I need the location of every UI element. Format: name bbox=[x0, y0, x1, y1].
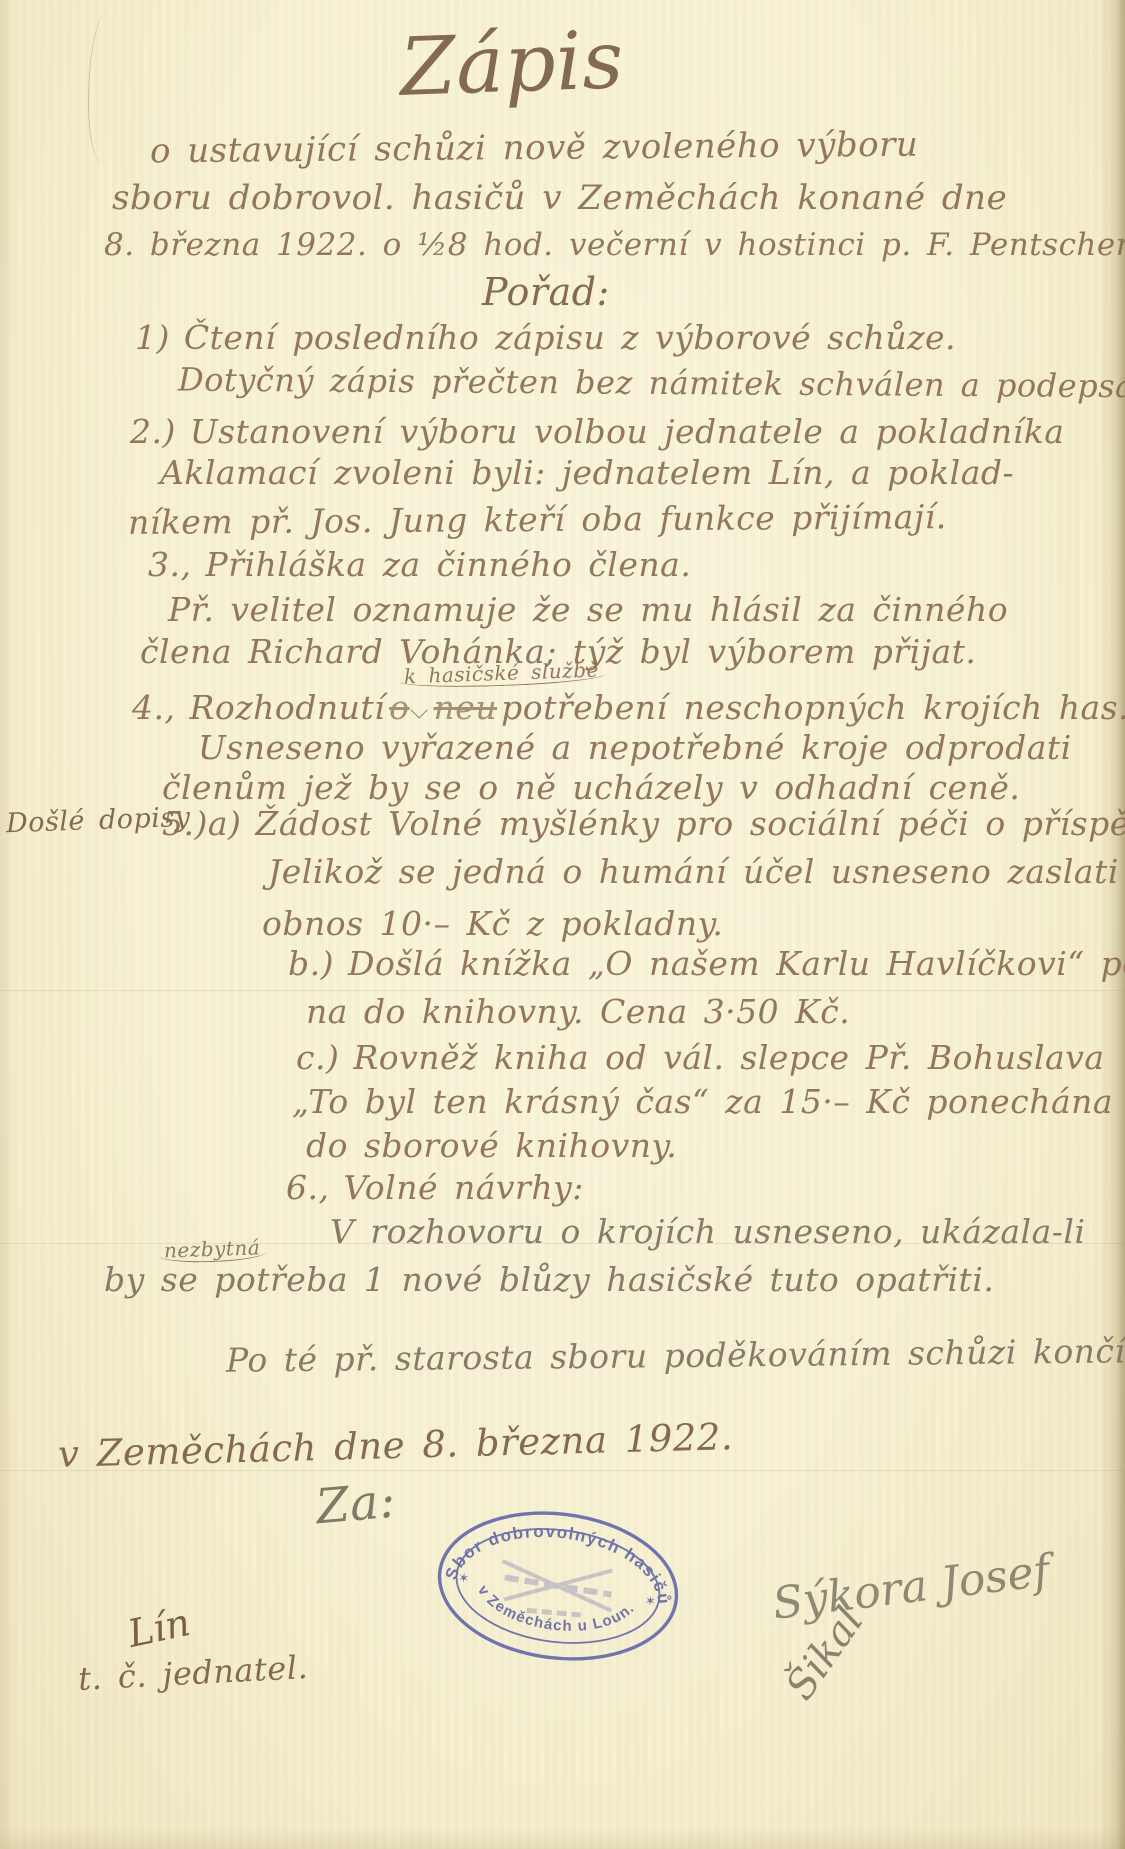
agenda-item-2: 2.)Ustanovení výboru volbou jednatele a … bbox=[130, 414, 1064, 450]
document-title: Zápis bbox=[399, 16, 626, 112]
item-5a-text: Žádost Volné myšlénky pro sociální péči … bbox=[255, 804, 1125, 843]
item-5b-text-2: na do knihovny. Cena 3·50 Kč. bbox=[306, 994, 850, 1030]
agenda-heading: Pořad: bbox=[482, 272, 610, 314]
item-4-resolution-2: členům jež by se o ně ucházely v odhadní… bbox=[162, 770, 1020, 806]
agenda-item-5c: c.)Rovněž kniha od vál. slepce Př. Bohus… bbox=[296, 1040, 1105, 1076]
item-4-insertion: k hasičské službě bbox=[398, 658, 606, 689]
item-2-resolution-2: níkem př. Jos. Jung kteří oba funkce při… bbox=[128, 499, 947, 541]
fire-brigade-stamp: Sbor dobrovolných hasičů v Zeměchách u L… bbox=[426, 1495, 691, 1676]
paper-crease bbox=[88, 14, 125, 164]
subtitle-line-3: 8. března 1922. o ½8 hod. večerní v host… bbox=[104, 228, 1125, 262]
item-5c-text-2: „To byl ten krásný čas“ za 15·– Kč ponec… bbox=[292, 1084, 1113, 1120]
item-6-paragraph-1: V rozhovoru o krojích usneseno, ukázala-… bbox=[330, 1214, 1086, 1250]
item-5b-text-1: Došlá knížka „O našem Karlu Havlíčkovi“ … bbox=[348, 944, 1125, 983]
agenda-item-1: 1)Čtení posledního zápisu z výborové sch… bbox=[135, 320, 956, 356]
agenda-item-5b: b.)Došlá knížka „O našem Karlu Havlíčkov… bbox=[288, 946, 1125, 982]
item-3-number: 3., bbox=[148, 547, 191, 583]
item-5c-text-3: do sborové knihovny. bbox=[306, 1128, 677, 1164]
place-date-line: v Zeměchách dne 8. března 1922. bbox=[58, 1417, 734, 1475]
item-5a-resolution-2: obnos 10·– Kč z pokladny. bbox=[262, 906, 723, 942]
signature-starosta: Sýkora Josef bbox=[770, 1545, 1053, 1630]
agenda-item-5a: 5.)a)Žádost Volné myšlénky pro sociální … bbox=[162, 806, 1125, 842]
item-5c-text-1: Rovněž kniha od vál. slepce Př. Bohuslav… bbox=[353, 1038, 1104, 1077]
item-5a-number: 5.)a) bbox=[162, 806, 241, 842]
item-4-resolution-1: Usneseno vyřazené a nepotřebné kroje odp… bbox=[198, 730, 1072, 766]
agenda-item-4: 4.,Rozhodnutíoneupotřebení neschopných k… bbox=[132, 690, 1125, 726]
item-6-paragraph-2: by se potřeba 1 nové blůzy hasičské tuto… bbox=[104, 1262, 994, 1298]
struck-word: o bbox=[389, 688, 409, 727]
item-1-text: Čtení posledního zápisu z výborové schůz… bbox=[184, 318, 956, 357]
item-5b-number: b.) bbox=[288, 946, 334, 982]
stamp-star-right-icon: ✶ bbox=[644, 1594, 657, 1610]
agenda-item-6: 6.,Volné návrhy: bbox=[286, 1170, 584, 1206]
struck-word: neu bbox=[434, 688, 498, 727]
jednatel-role-label: t. č. jednatel. bbox=[77, 1650, 309, 1697]
item-3-resolution-1: Př. velitel oznamuje že se mu hlásil za … bbox=[168, 592, 1008, 628]
item-2-resolution-1: Aklamací zvoleni byli: jednatelem Lín, a… bbox=[160, 455, 1014, 491]
closing-sentence: Po té př. starosta sboru poděkováním sch… bbox=[226, 1333, 1125, 1379]
item-6-number: 6., bbox=[286, 1170, 329, 1206]
item-3-text: Přihláška za činného člena. bbox=[205, 545, 691, 584]
item-4-number: 4., bbox=[132, 690, 175, 726]
agenda-item-3: 3.,Přihláška za činného člena. bbox=[148, 547, 691, 583]
za-label: Za: bbox=[314, 1475, 398, 1535]
item-4-text-end: potřebení neschopných krojích has. bbox=[501, 688, 1125, 727]
signature-jednatel: Lín bbox=[124, 1600, 194, 1656]
item-1-number: 1) bbox=[135, 320, 170, 356]
paper-fold-line bbox=[0, 990, 1125, 991]
subtitle-line-2: sboru dobrovol. hasičů v Zeměchách konan… bbox=[112, 180, 1007, 217]
item-2-text: Ustanovení výboru volbou jednatele a pok… bbox=[190, 412, 1065, 451]
item-6-text: Volné návrhy: bbox=[343, 1168, 583, 1207]
item-5a-resolution-1: Jelikož se jedná o humání účel usneseno … bbox=[268, 854, 1119, 890]
item-1-resolution: Dotyčný zápis přečten bez námitek schvál… bbox=[178, 363, 1125, 405]
subtitle-line-1: o ustavující schůzi nově zvoleného výbor… bbox=[150, 127, 919, 171]
svg-text:v Zeměchách u Loun.: v Zeměchách u Loun. bbox=[470, 1581, 639, 1644]
item-2-number: 2.) bbox=[130, 414, 176, 450]
stamp-bottom-text: v Zeměchách u Loun. bbox=[470, 1581, 639, 1644]
insertion-caret-icon bbox=[410, 702, 427, 719]
item-5c-number: c.) bbox=[296, 1040, 339, 1076]
stamp-star-left-icon: ✶ bbox=[457, 1571, 470, 1587]
scanned-minutes-page: Zápis o ustavující schůzi nově zvoleného… bbox=[0, 0, 1125, 1849]
item-4-text-start: Rozhodnutí bbox=[189, 688, 385, 727]
